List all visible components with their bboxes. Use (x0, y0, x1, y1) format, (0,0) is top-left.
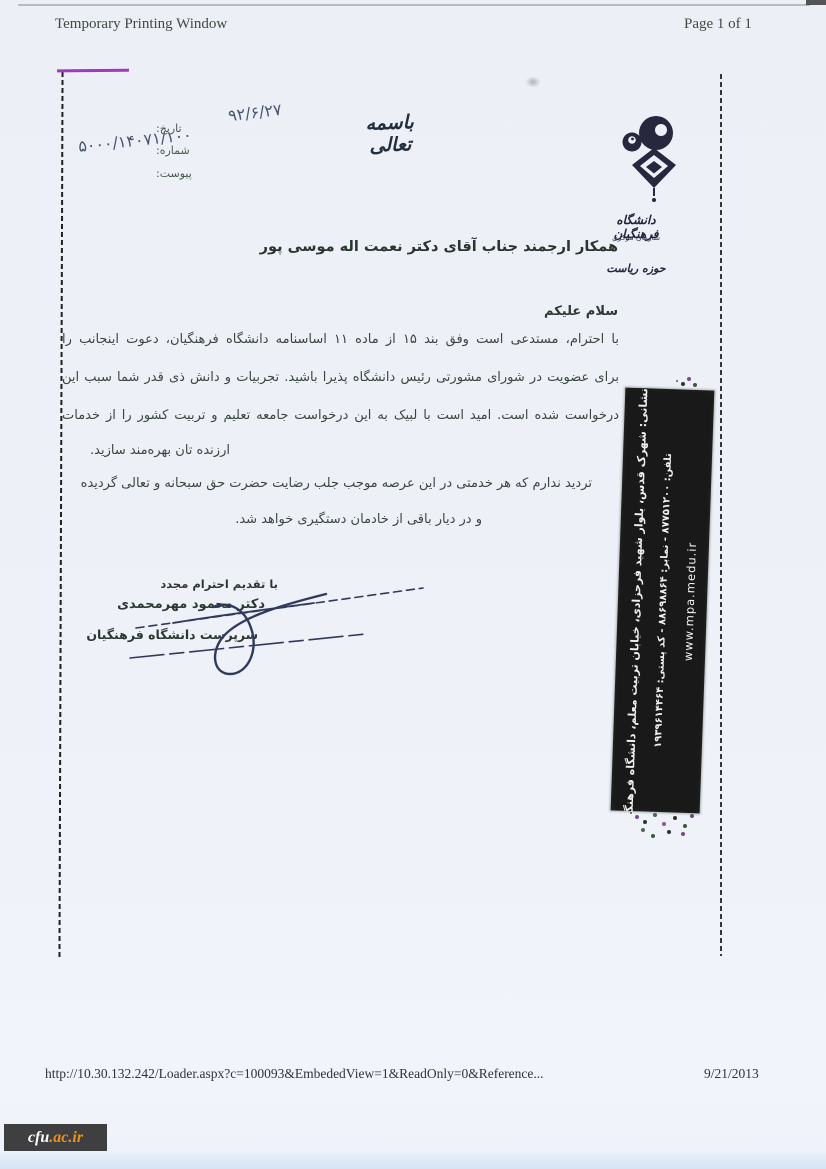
contact-info-rotated-text: نشانی: شهرک قدس، بلوار شهید فرحزادی، خیا… (611, 388, 715, 814)
scan-bottom-strip (0, 1153, 826, 1169)
scan-purple-corner-line (57, 69, 129, 72)
scan-speckle-cluster (676, 380, 678, 382)
body-line: ارزنده تان بهره‌مند سازید. (90, 443, 230, 458)
window-title: Temporary Printing Window (55, 16, 227, 33)
contact-info-bar: نشانی: شهرک قدس، بلوار شهید فرحزادی، خیا… (611, 388, 715, 814)
body-line: درخواست شده است. امید است با لبیک به این… (62, 405, 619, 427)
org-department-text: حوزه ریاست (596, 262, 676, 275)
scan-artifact-top-line (18, 4, 810, 6)
print-preview-page: Temporary Printing Window Page 1 of 1 با… (0, 0, 826, 1169)
scan-artifact-corner-mark (806, 0, 826, 5)
university-logo-icon (616, 110, 688, 206)
scan-speckle-cluster (630, 812, 632, 814)
signature-scrawl (118, 566, 438, 686)
page-count-label: Page 1 of 1 (684, 16, 752, 33)
besmele-calligraphy: باسمه تعالی (341, 110, 438, 157)
print-date-text: 9/21/2013 (704, 1066, 759, 1082)
body-line: تردید ندارم که هر خدمتی در این عرصه موجب… (81, 476, 592, 491)
cfu-watermark-prefix: cfu (28, 1129, 49, 1147)
body-line: با احترام، مستدعی است وفق بند ۱۵ از ماده… (62, 329, 619, 351)
cfu-watermark-suffix: .ac.ir (49, 1129, 83, 1147)
attachment-label: پیوست: (156, 167, 276, 180)
cfu-watermark-badge: cfu.ac.ir (4, 1124, 107, 1151)
body-line: برای عضویت در شورای مشورتی رئیس دانشگاه … (62, 367, 619, 389)
scan-left-border (58, 72, 63, 958)
recipient-line: همکار ارجمند جناب آقای دکتر نعمت اله موس… (260, 239, 618, 255)
salutation-line: سلام علیکم (544, 304, 618, 319)
source-url-text: http://10.30.132.242/Loader.aspx?c=10009… (45, 1066, 544, 1082)
scan-right-border (720, 74, 722, 956)
body-line: و در دیار باقی از خادمان دستگیری خواهد ش… (235, 512, 482, 527)
pencil-smudge (522, 74, 544, 90)
